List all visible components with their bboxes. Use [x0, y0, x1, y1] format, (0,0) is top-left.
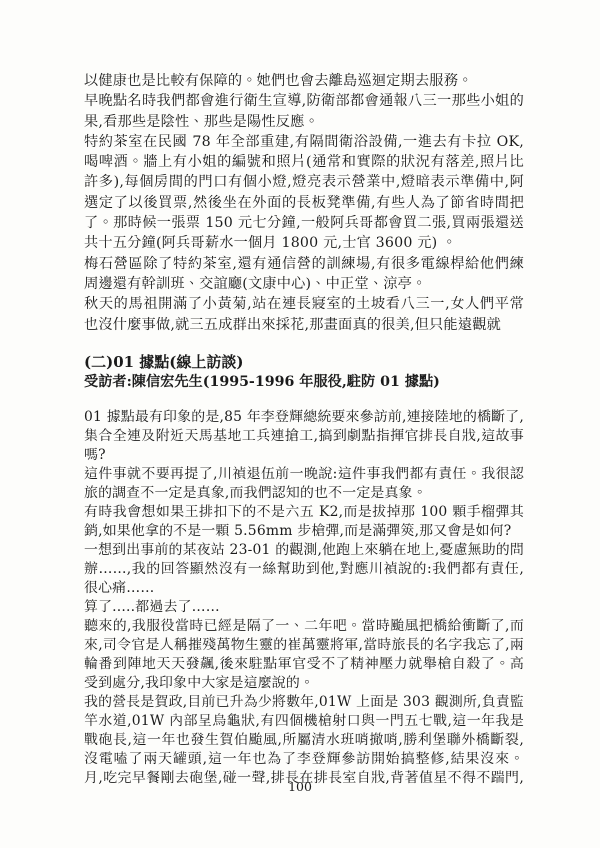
text-line: 01 據點最有印象的是,85 年李登輝總統要來參訪前,連接陸地的橋斷了,然後 [84, 408, 524, 427]
text-line: 受到處分,我印象中大家是這麼說的。 [84, 674, 524, 693]
section-interview-paragraphs: 01 據點最有印象的是,85 年李登輝總統要來參訪前,連接陸地的橋斷了,然後集合… [84, 408, 524, 788]
text-line: 選定了以後買票,然後坐在外面的長板凳準備,有些人為了節省時間把鞋子都脫 [84, 193, 524, 213]
page-number: 100 [0, 779, 600, 794]
text-line: 一想到出事前的某夜站 23-01 的觀測,他跑上來躺在地上,憂慮無助的問我怎麼 [84, 541, 524, 560]
interviewee-line: 受訪者:陳信宏先生(1995-1996 年服役,駐防 01 據點) [84, 372, 524, 392]
text-line: 周邊還有幹訓班、交誼廳(文康中心)、中正堂、涼亭。 [84, 274, 524, 294]
section-top-paragraphs: 以健康也是比較有保障的。她們也會去離島巡迴定期去服務。早晚點名時我們都會進行衛生… [84, 71, 524, 335]
text-line: 辦……,我的回答顯然沒有一絲幫助到他,對應川禎說的:我們都有責任,真的 [84, 560, 524, 579]
text-line: 早晚點名時我們都會進行衛生宣導,防衛部都會通報八三一那些小姐的檢查結 [84, 91, 524, 111]
text-line: 喝啤酒。牆上有小姐的編號和照片(通常和實際的狀況有落差,照片比本人年輕 [84, 152, 524, 172]
text-line: 共十五分鐘(阿兵哥薪水一個月 1800 元,士官 3600 元) 。 [84, 233, 524, 253]
text-line: 了。那時候一張票 150 元七分鐘,一般阿兵哥都會買二張,買兩張還送一分鐘總 [84, 213, 524, 233]
text-line: 沒電嗑了兩天罐頭,這一年也為了李登輝參訪開始搞整修,結果沒來。9/2 戰備 [84, 750, 524, 769]
text-line: 果,看那些是陰性、那些是陽性反應。 [84, 112, 524, 132]
text-line: 這件事就不要再提了,川禎退伍前一晚說:這件事我們都有責任。我很認同..... [84, 465, 524, 484]
text-line: 輪番到陣地天天發飆,後來駐點軍官受不了精神壓力就舉槍自殺了。高官都沒有 [84, 655, 524, 674]
text-line: 也沒什麼事做,就三五成群出來採花,那畫面真的很美,但只能遠觀就是。 [84, 315, 524, 335]
text-line: 秋天的馬祖開滿了小黃菊,站在連長寢室的土坡看八三一,女人們平常非假日時 [84, 294, 524, 314]
text-block: 以健康也是比較有保障的。她們也會去離島巡迴定期去服務。早晚點名時我們都會進行衛生… [84, 71, 524, 788]
text-line: 特約茶室在民國 78 年全部重建,有隔間衛浴設備,一進去有卡拉 OK,還可以 [84, 132, 524, 152]
section-heading-block: (二)01 據點(線上訪談) 受訪者:陳信宏先生(1995-1996 年服役,駐… [84, 352, 524, 392]
text-line: 旅的調查不一定是真象,而我們認知的也不一定是真象。 [84, 484, 524, 503]
text-line: 有時我會想如果王排扣下的不是六五 K2,而是拔掉那 100 顆手榴彈其中一顆的插 [84, 503, 524, 522]
text-line: 來,司令官是人稱摧殘萬物生靈的崔萬靈將軍,當時旅長的名字我忘了,兩個人 [84, 636, 524, 655]
document-page: 以健康也是比較有保障的。她們也會去離島巡迴定期去服務。早晚點名時我們都會進行衛生… [0, 0, 600, 848]
text-line: 算了.....都過去了…… [84, 598, 524, 617]
text-line: 集合全連及附近天馬基地工兵連搶工,搞到劇點指揮官排長自戕,這故事有聽過 [84, 427, 524, 446]
text-line: 聽來的,我服役當時已經是隔了一、二年吧。當時颱風把橋給衝斷了,而總統要 [84, 617, 524, 636]
section-heading: (二)01 據點(線上訪談) [84, 352, 524, 372]
text-line: 我的營長是賀政,目前已升為少將數年,01W 上面是 303 觀測所,負責監控北 [84, 693, 524, 712]
text-line: 嗎? [84, 446, 524, 465]
text-line: 以健康也是比較有保障的。她們也會去離島巡迴定期去服務。 [84, 71, 524, 91]
text-line: 戰砲長,這一年也發生賀伯颱風,所屬清水班哨撤哨,勝利堡聯外橋斷裂,沒水 [84, 731, 524, 750]
text-line: 梅石營區除了特約茶室,還有通信營的訓練場,有很多電線桿給他們練習攀爬。 [84, 254, 524, 274]
text-line: 很心痛…… [84, 579, 524, 598]
text-line: 銷,如果他拿的不是一顆 5.56mm 步槍彈,而是滿彈筴,那又會是如何? [84, 522, 524, 541]
text-line: 許多),每個房間的門口有個小燈,燈亮表示營業中,燈暗表示準備中,阿兵哥 [84, 172, 524, 192]
text-line: 竿水道,01W 內部呈烏龜狀,有四個機槍射口與一門五七戰,這一年我是五七 [84, 712, 524, 731]
